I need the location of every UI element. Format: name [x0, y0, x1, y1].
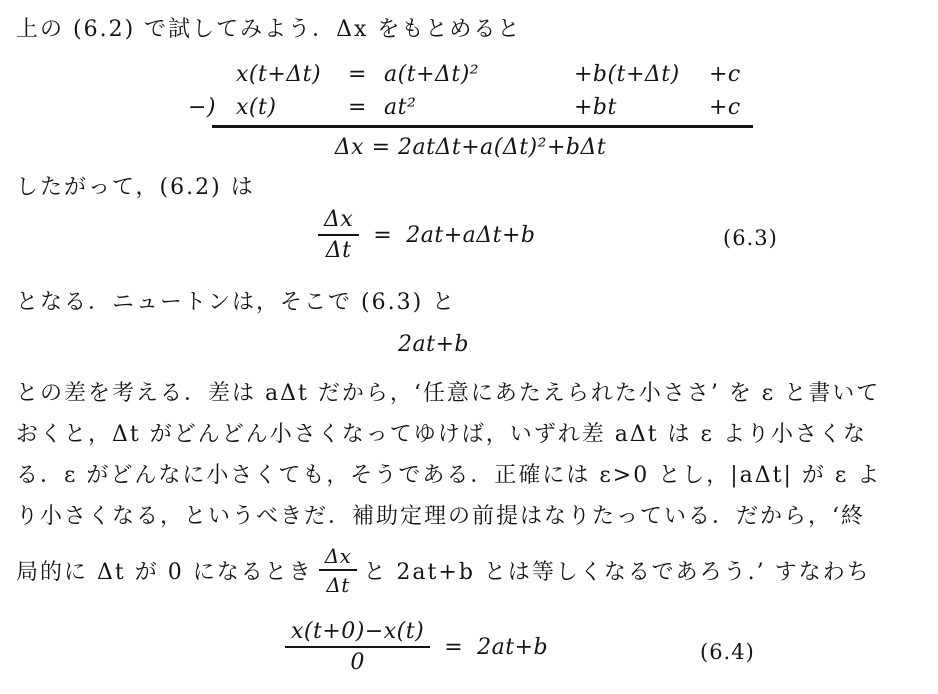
eq63-fraction-denominator: Δt — [318, 234, 359, 263]
subtrahend-b-term: +bt — [574, 95, 709, 120]
eq64-rhs: 2at+b — [477, 635, 548, 660]
paragraph-line-5: 局的に Δt が 0 になるとき Δx Δt と 2at+b とは等しくなるであ… — [16, 545, 871, 596]
paragraph-line-1: との差を考える．差は aΔt だから，‘任意にあたえられた小ささ’ を ε と書… — [16, 376, 880, 407]
eq64-fraction-denominator: 0 — [285, 646, 430, 675]
intro-line: 上の (6.2) で試してみよう．Δx をもとめると — [16, 12, 521, 43]
subtrahend-equals: = — [348, 95, 384, 120]
eq63-equals: = — [373, 223, 392, 248]
subtraction-rule — [212, 125, 753, 128]
subtrahend-prefix: −) — [188, 95, 236, 120]
eq63-fraction-numerator: Δx — [318, 208, 359, 234]
paragraph-line-5-before: 局的に Δt が 0 になるとき — [16, 555, 313, 586]
subtrahend-lhs: x(t) — [236, 95, 348, 120]
shitagatte-line: したがって，(6.2) は — [16, 170, 255, 201]
equation-6-4: x(t+0)−x(t) 0 = 2at+b — [285, 620, 548, 675]
inline-fraction-numerator: Δx — [319, 545, 358, 569]
eq63-rhs: 2at+aΔt+b — [406, 223, 535, 248]
subtraction-rows: x(t+Δt) = a(t+Δt)² +b(t+Δt) +c −) x(t) =… — [188, 62, 753, 120]
scanned-textbook-page: { "page": { "bg": "#ffffff", "ink": "#14… — [0, 0, 938, 694]
eq64-label: (6.4) — [700, 640, 755, 664]
eq63-label: (6.3) — [723, 226, 778, 250]
eq64-equals: = — [444, 635, 463, 660]
minuend-b-term: +b(t+Δt) — [574, 62, 709, 87]
minuend-a-term: a(t+Δt)² — [384, 62, 574, 87]
eq64-fraction-numerator: x(t+0)−x(t) — [285, 620, 430, 646]
subtraction-block: x(t+Δt) = a(t+Δt)² +b(t+Δt) +c −) x(t) =… — [188, 62, 753, 160]
eq64-fraction: x(t+0)−x(t) 0 — [285, 620, 430, 675]
paragraph-line-3: る．ε がどんなに小さくても，そうである．正確には ε>0 とし，|aΔt| が… — [16, 458, 881, 489]
inline-fraction-denominator: Δt — [319, 569, 358, 596]
minuend-lhs: x(t+Δt) — [236, 62, 348, 87]
subtrahend-a-term: at² — [384, 95, 574, 120]
subtrahend-c-term: +c — [709, 95, 753, 120]
paragraph-line-2: おくと，Δt がどんどん小さくなってゆけば，いずれ差 aΔt は ε より小さく… — [16, 417, 867, 448]
paragraph-line-5-after: と 2at+b とは等しくなるであろう.’ すなわち — [363, 555, 870, 586]
minuend-c-term: +c — [709, 62, 753, 87]
subtraction-result: Δx = 2atΔt+a(Δt)²+bΔt — [188, 135, 753, 160]
eq63-fraction: Δx Δt — [318, 208, 359, 263]
equation-6-3: Δx Δt = 2at+aΔt+b — [318, 208, 535, 263]
paragraph-line-4: り小さくなる，というべきだ．補助定理の前提はなりたっている．だから，‘終 — [16, 499, 865, 530]
display-2at-plus-b: 2at+b — [398, 332, 469, 357]
inline-fraction-dx-dt: Δx Δt — [319, 545, 358, 596]
minuend-equals: = — [348, 62, 384, 87]
tonaru-line: となる．ニュートンは，そこで (6.3) と — [16, 285, 456, 316]
